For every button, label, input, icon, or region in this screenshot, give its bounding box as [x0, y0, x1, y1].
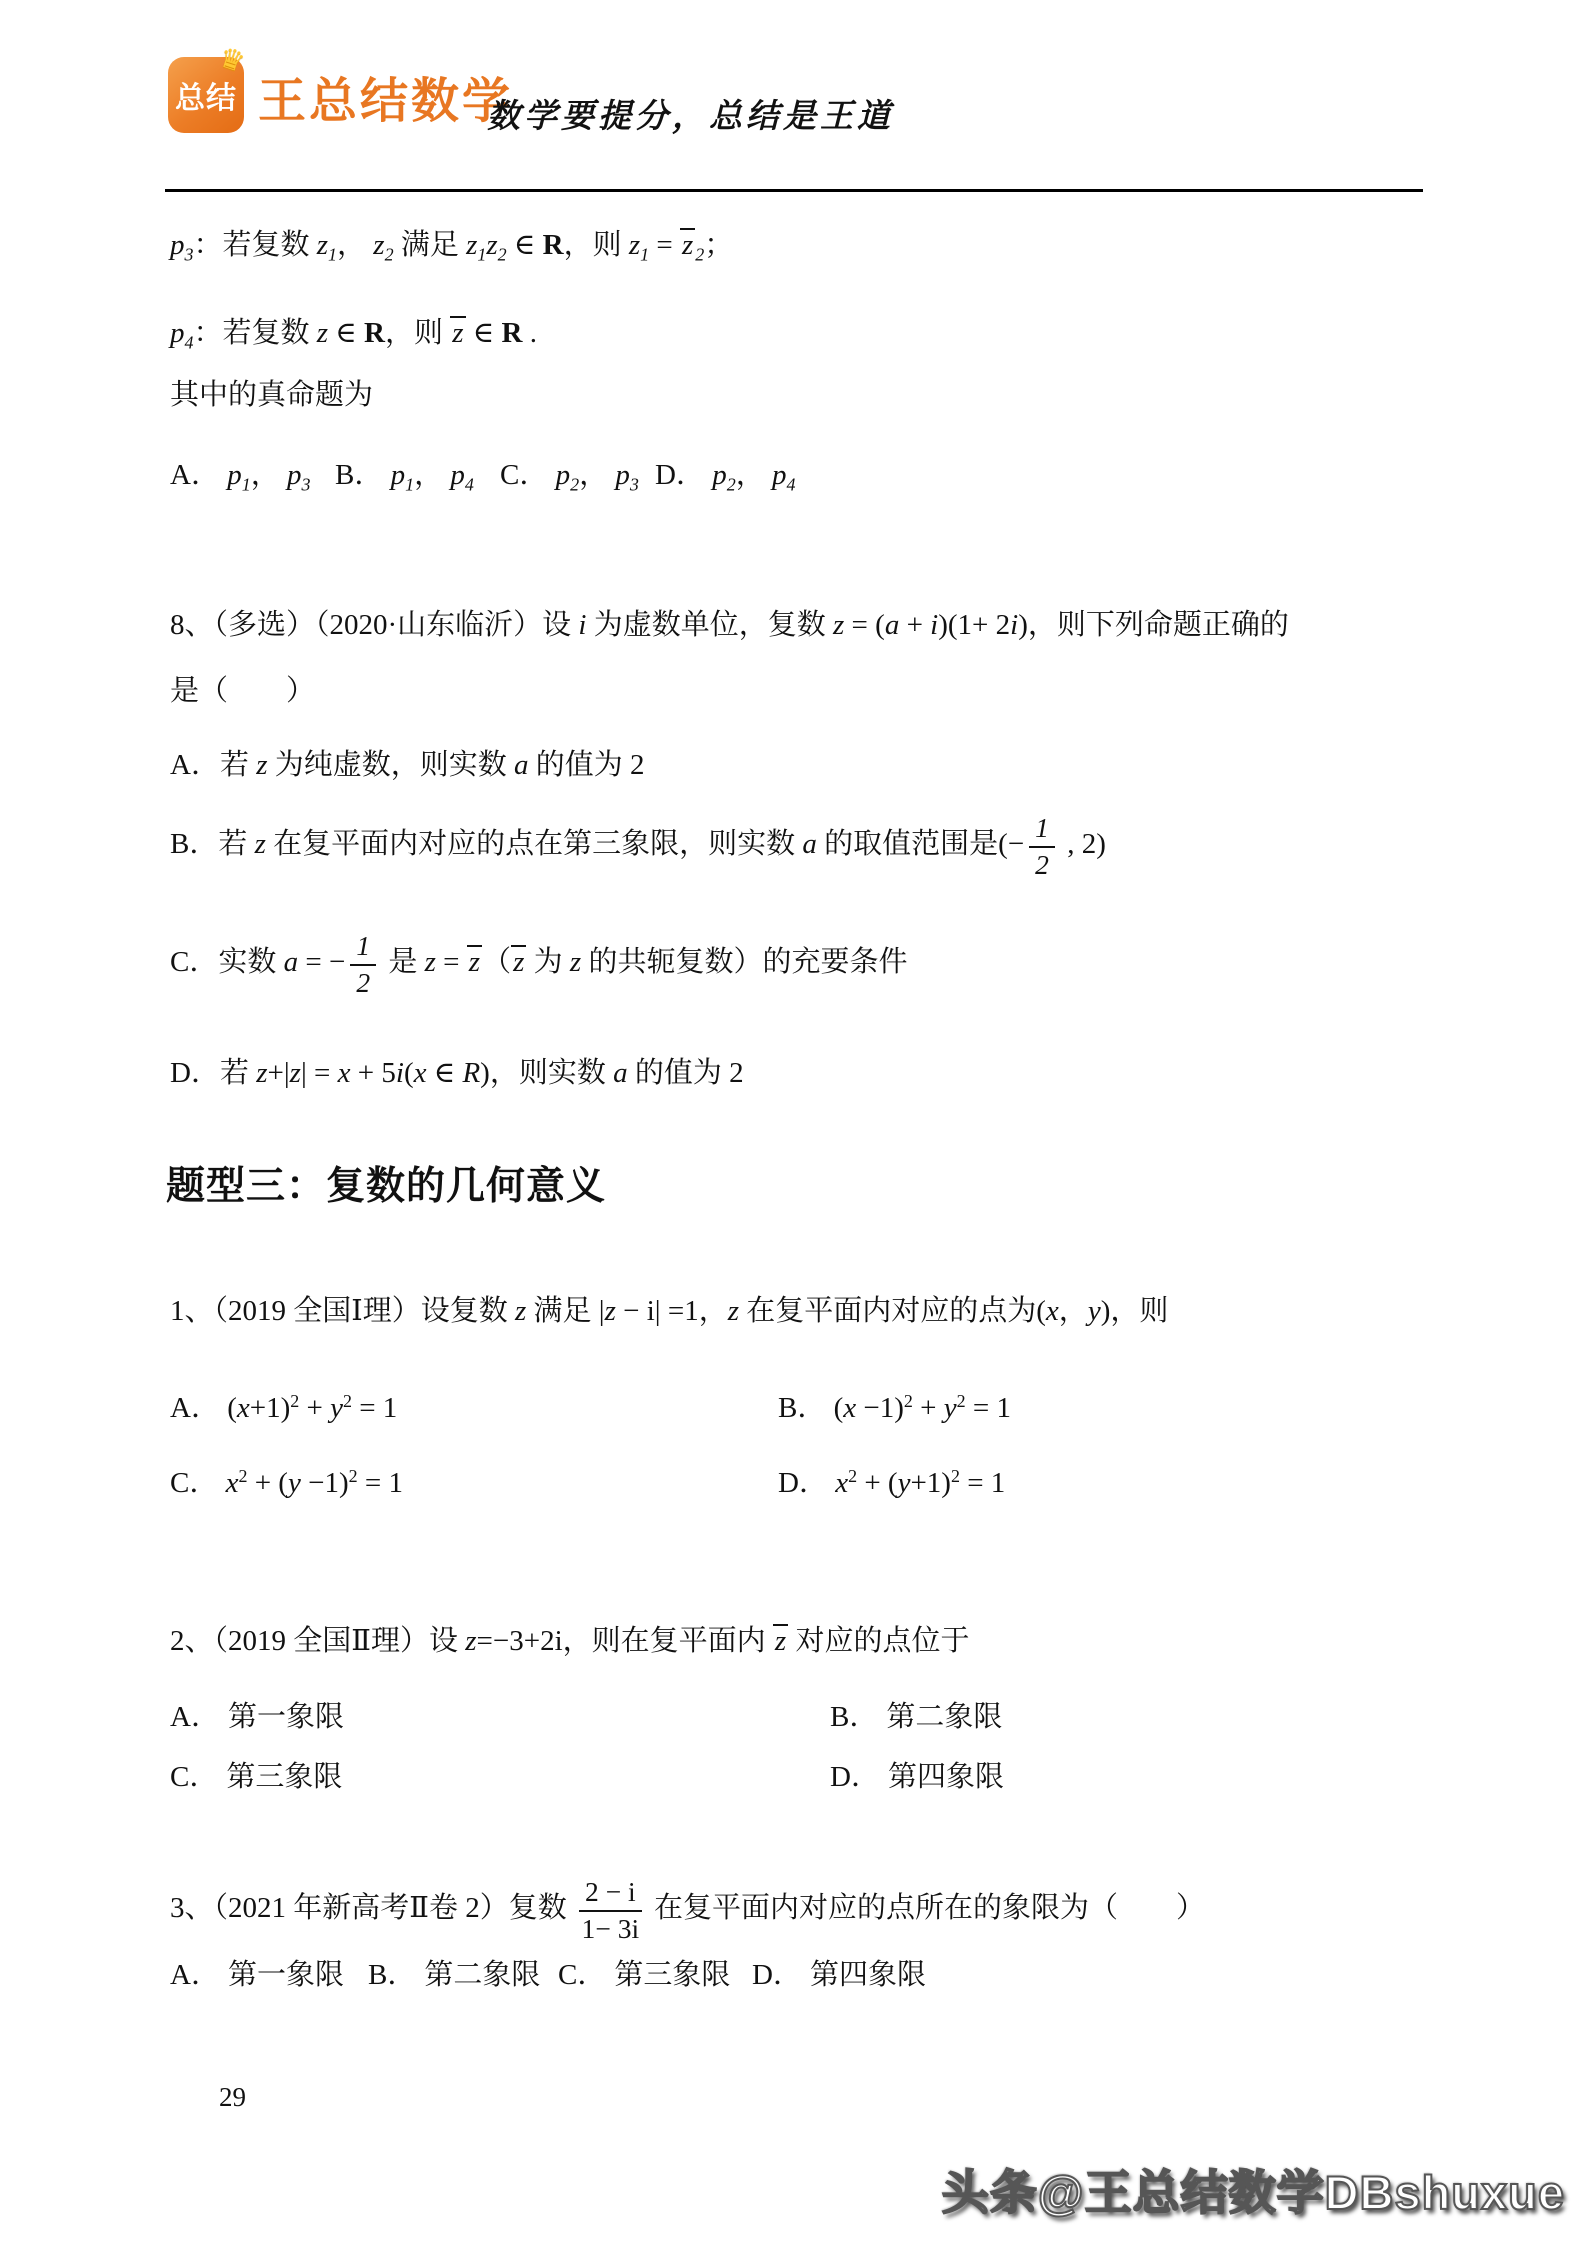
- option-a: A． (x+1)2 + y2 = 1: [170, 1385, 778, 1426]
- question-8-option-b: B．若 z 在复平面内对应的点在第三象限，则实数 a 的取值范围是(−12 , …: [170, 812, 1106, 881]
- option-b: B． p1， p4: [335, 452, 500, 493]
- option-a: A．第一象限: [170, 1694, 830, 1735]
- question-2-options-row1: A．第一象限 B．第二象限: [170, 1694, 1002, 1735]
- option-b: B． (x −1)2 + y2 = 1: [778, 1385, 1011, 1426]
- question-3-stem: 3、（2021 年新高考Ⅱ卷 2）复数 2 − i1− 3i 在复平面内对应的点…: [170, 1876, 1205, 1945]
- option-c: C．第三象限: [558, 1952, 752, 1993]
- option-c: C． p2， p3: [500, 452, 655, 493]
- option-d: D． x2 + (y+1)2 = 1: [778, 1460, 1005, 1501]
- question-2-options-row2: C．第三象限 D．第四象限: [170, 1754, 1004, 1795]
- question-3-options-row: A．第一象限 B．第二象限 C．第三象限 D．第四象限: [170, 1952, 926, 1993]
- proposition-options-row: A． p1， p3 B． p1， p4 C． p2， p3 D． p2， p4: [170, 452, 795, 493]
- header-divider: [165, 189, 1423, 192]
- question-2-stem: 2、（2019 全国Ⅱ理）设 z=−3+2i，则在复平面内 z 对应的点位于: [170, 1618, 969, 1659]
- proposition-p4-line: p4：若复数 z ∈ R，则 z ∈ R .: [170, 310, 537, 351]
- option-c: C． x2 + (y −1)2 = 1: [170, 1460, 778, 1501]
- question-8-option-d: D．若 z+|z| = x + 5i(x ∈ R)，则实数 a 的值为 2: [170, 1050, 744, 1091]
- brand-logo-icon-label: 总结: [175, 73, 237, 117]
- document-page: ♛ 总结 王总结数学 数学要提分，总结是王道 p3：若复数 z1， z2 满足 …: [0, 0, 1587, 2245]
- page-number: 29: [219, 2082, 246, 2113]
- question-8-stem-line1: 8、（多选）（2020·山东临沂）设 i 为虚数单位，复数 z = (a + i…: [170, 602, 1289, 643]
- question-8-option-a: A．若 z 为纯虚数，则实数 a 的值为 2: [170, 742, 645, 783]
- brand-logo-icon: ♛ 总结: [168, 57, 244, 133]
- question-8-option-c: C．实数 a = −12 是 z = z（z 为 z 的共轭复数）的充要条件: [170, 930, 907, 999]
- section-title: 题型三：复数的几何意义: [166, 1155, 606, 1211]
- option-d: D．第四象限: [752, 1952, 926, 1993]
- truth-prompt-line: 其中的真命题为: [170, 372, 373, 413]
- option-c: C．第三象限: [170, 1754, 830, 1795]
- option-d: D．第四象限: [830, 1754, 1004, 1795]
- brand-logo-text: 王总结数学: [258, 62, 513, 131]
- watermark: 头条@王总结数学DBshuxue: [942, 2156, 1565, 2223]
- crown-icon: ♛: [215, 44, 248, 78]
- option-a: A． p1， p3: [170, 452, 335, 493]
- option-a: A．第一象限: [170, 1952, 368, 1993]
- proposition-p3-line: p3：若复数 z1， z2 满足 z1z2 ∈ R，则 z1 = z2；: [170, 222, 733, 263]
- question-8-stem-line2: 是（ ）: [170, 668, 315, 709]
- question-1-stem: 1、（2019 全国Ⅰ理）设复数 z 满足 |z − i| =1，z 在复平面内…: [170, 1288, 1168, 1329]
- question-1-options-row2: C． x2 + (y −1)2 = 1 D． x2 + (y+1)2 = 1: [170, 1460, 1005, 1501]
- question-1-options-row1: A． (x+1)2 + y2 = 1 B． (x −1)2 + y2 = 1: [170, 1385, 1011, 1426]
- option-b: B．第二象限: [368, 1952, 558, 1993]
- option-b: B．第二象限: [830, 1694, 1002, 1735]
- option-d: D． p2， p4: [655, 452, 795, 493]
- brand-tagline: 数学要提分，总结是王道: [487, 90, 894, 137]
